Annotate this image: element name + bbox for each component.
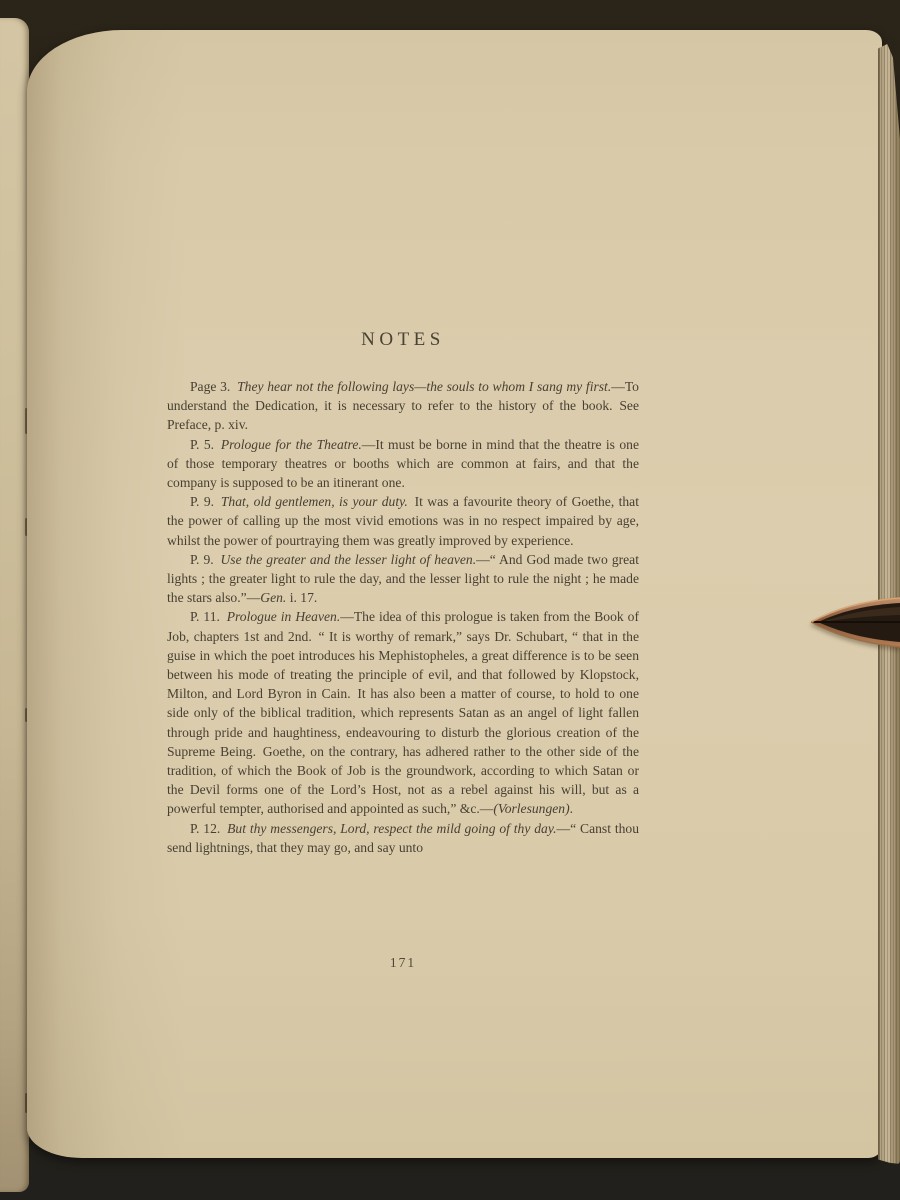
note-ref-label: P. 5.: [190, 437, 221, 452]
note-paragraph: P. 9. That, old gentlemen, is your duty.…: [167, 492, 639, 550]
note-cue-italic: Prologue in Heaven.: [227, 609, 341, 624]
note-body-text: —The idea of this prologue is taken from…: [167, 609, 639, 816]
note-cue-italic: Use the greater and the lesser light of …: [220, 552, 476, 567]
notes-text-block: NOTES Page 3. They hear not the followin…: [167, 329, 639, 857]
note-cue-italic: That, old gentlemen, is your duty.: [221, 494, 408, 509]
note-body-text: .: [570, 801, 573, 816]
note-ref-label: P. 9.: [190, 552, 220, 567]
note-ref-label: Page 3.: [190, 379, 237, 394]
note-cue-italic: But thy messengers, Lord, respect the mi…: [227, 821, 556, 836]
note-paragraph: P. 9. Use the greater and the lesser lig…: [167, 550, 639, 608]
note-paragraph: P. 5. Prologue for the Theatre.—It must …: [167, 435, 639, 493]
page-heading: NOTES: [167, 329, 639, 351]
book-page: NOTES Page 3. They hear not the followin…: [27, 30, 882, 1158]
note-cue-italic: Prologue for the Theatre.: [221, 437, 362, 452]
page-number: 171: [167, 955, 639, 971]
note-body-text: i. 17.: [286, 590, 317, 605]
note-citation-italic: Gen.: [260, 590, 286, 605]
note-ref-label: P. 11.: [190, 609, 227, 624]
left-page-edge: [0, 18, 29, 1192]
note-ref-label: P. 9.: [190, 494, 221, 509]
note-paragraph: Page 3. They hear not the following lays…: [167, 377, 639, 435]
note-paragraph: P. 11. Prologue in Heaven.—The idea of t…: [167, 607, 639, 818]
book-photo: NOTES Page 3. They hear not the followin…: [0, 0, 900, 1200]
note-ref-label: P. 12.: [190, 821, 227, 836]
note-cue-italic: They hear not the following lays—the sou…: [237, 379, 611, 394]
note-citation-italic: (Vorlesungen): [493, 801, 569, 816]
pen-nib: [808, 591, 900, 653]
note-paragraph: P. 12. But thy messengers, Lord, respect…: [167, 819, 639, 857]
